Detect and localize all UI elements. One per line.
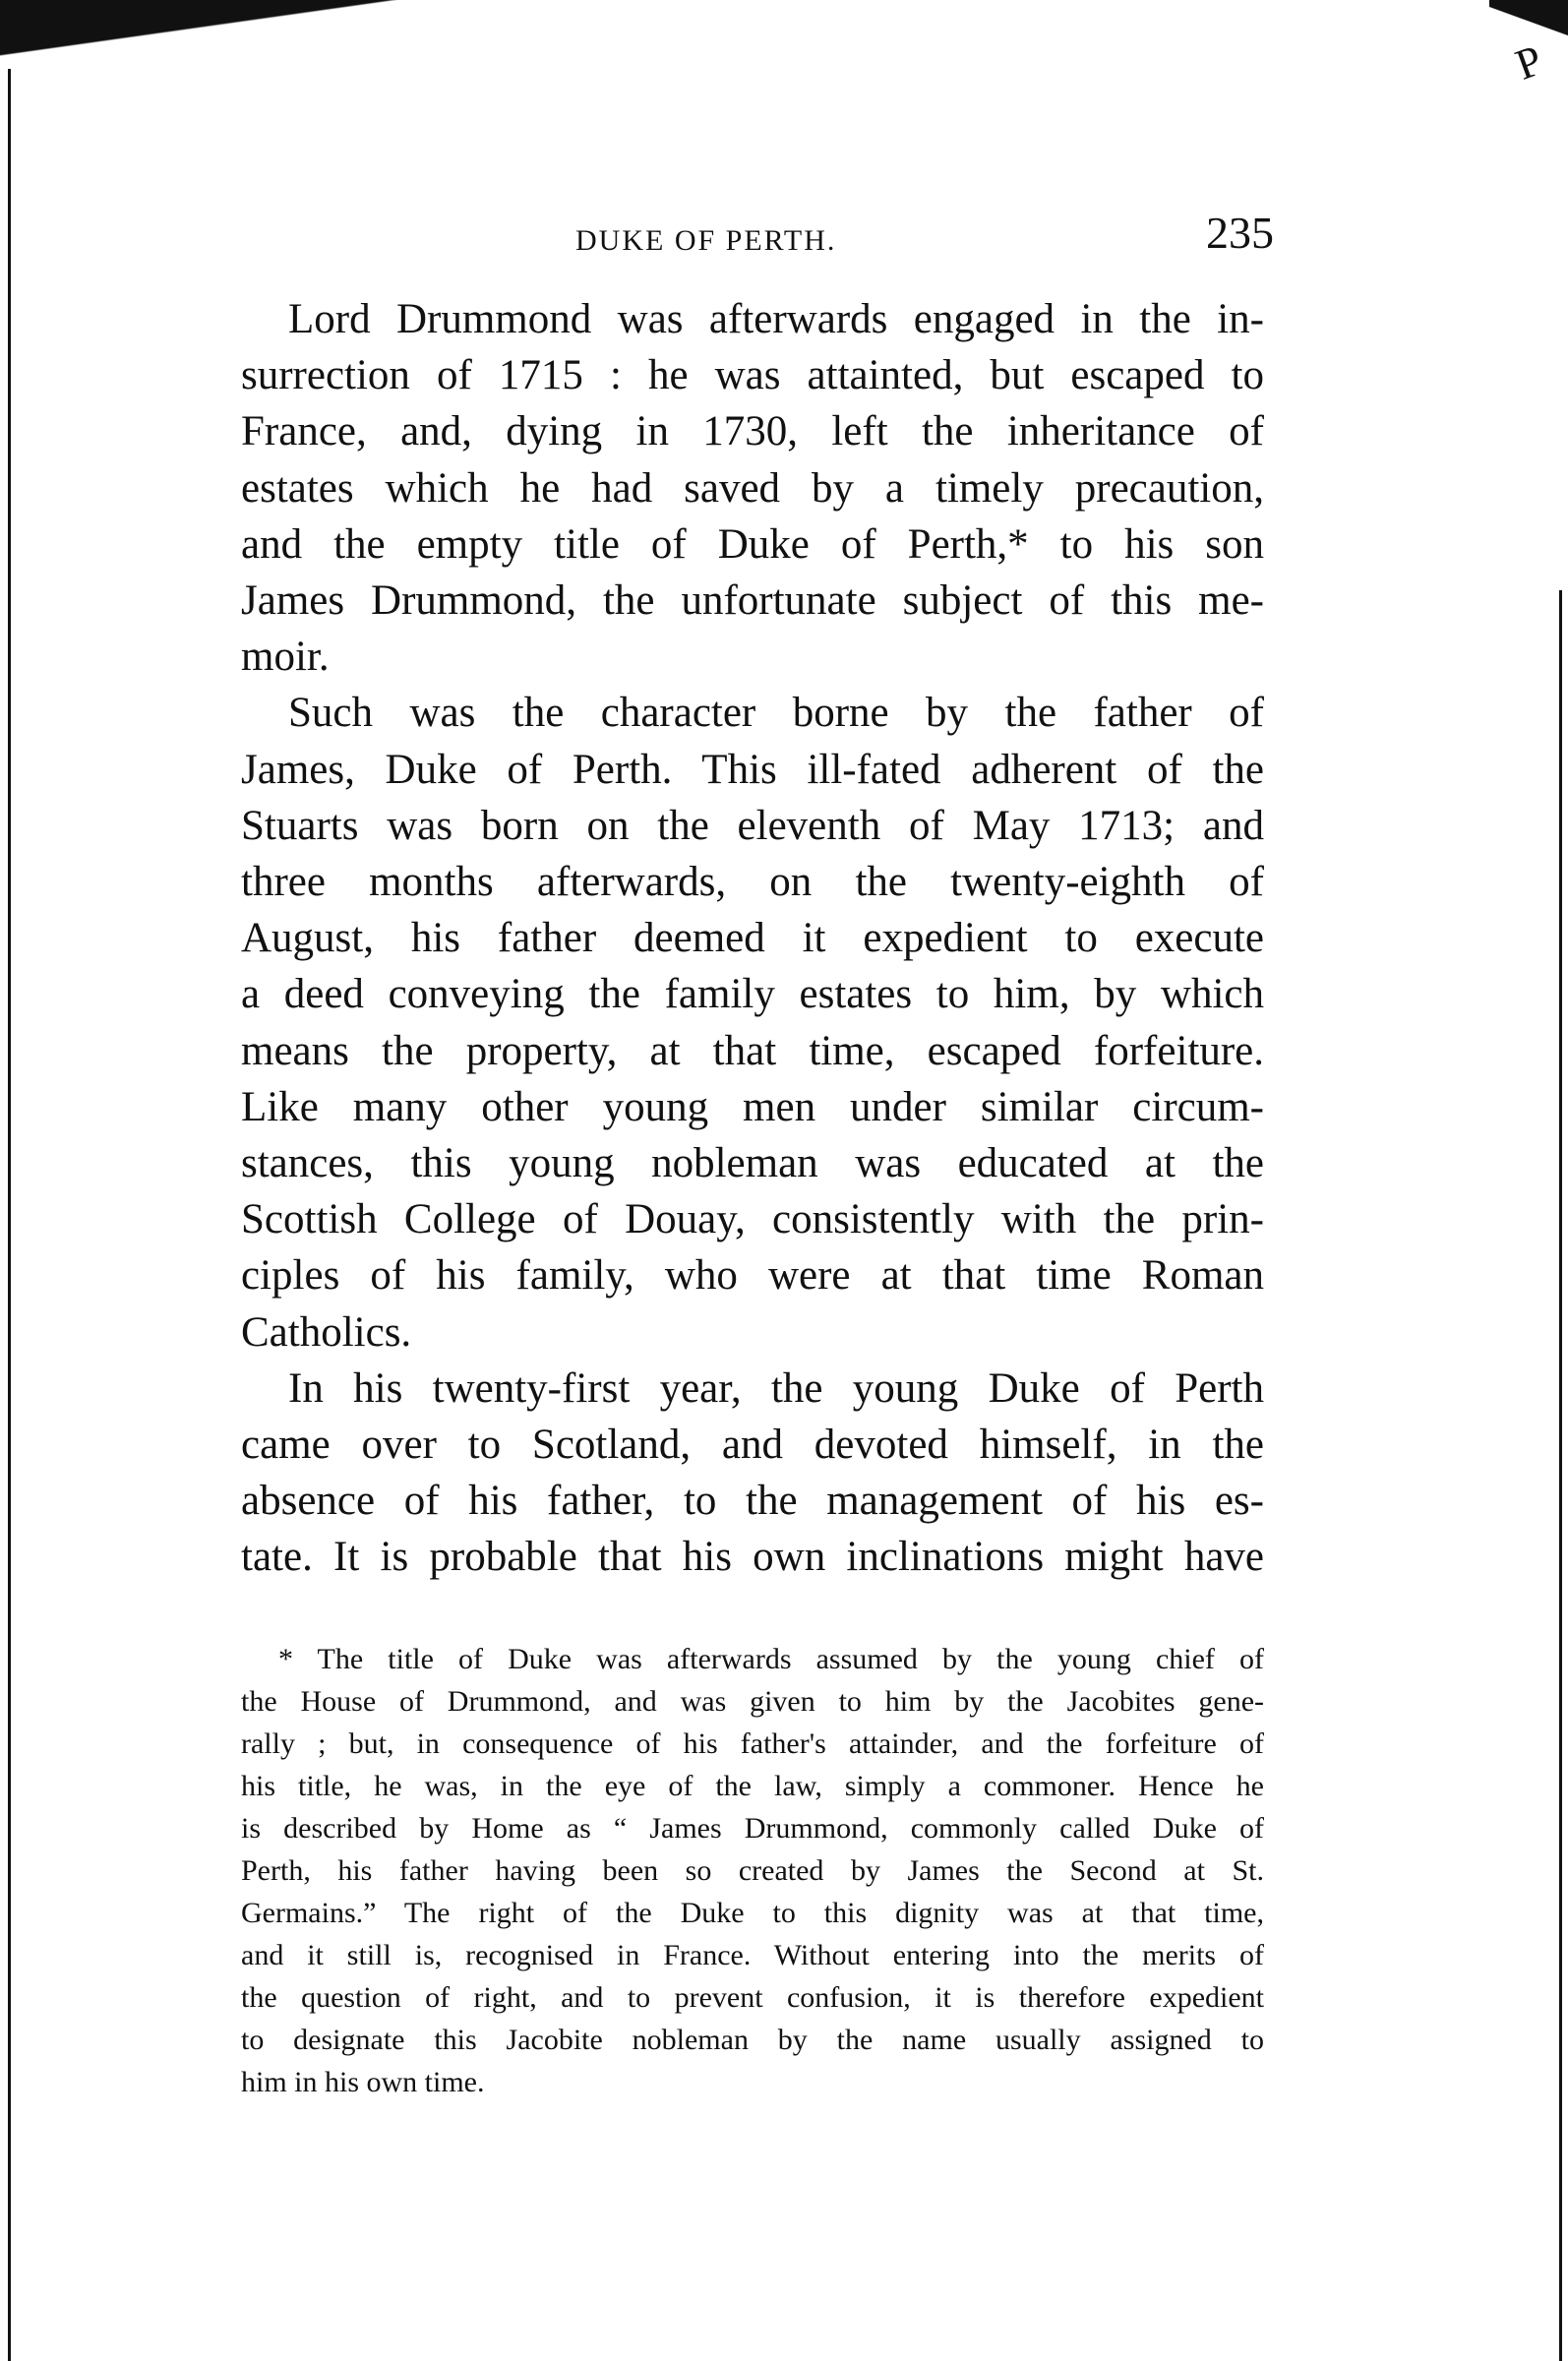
text-line: a deed conveying the family estates to h…	[241, 966, 1264, 1022]
text-line: Lord Drummond was afterwards engaged in …	[241, 291, 1264, 347]
footnote-line: to designate this Jacobite nobleman by t…	[241, 2019, 1264, 2061]
text-line: Scottish College of Douay, consistently …	[241, 1191, 1264, 1247]
page-number: 235	[1206, 207, 1274, 259]
footnote-line: the House of Drummond, and was given to …	[241, 1680, 1264, 1723]
text-line: surrection of 1715 : he was attainted, b…	[241, 347, 1264, 403]
text-line: August, his father deemed it expedient t…	[241, 910, 1264, 966]
text-line: moir.	[241, 629, 1264, 685]
footnote-line: Perth, his father having been so created…	[241, 1849, 1264, 1892]
footnote-line: the question of right, and to prevent co…	[241, 1976, 1264, 2019]
footnote-line: his title, he was, in the eye of the law…	[241, 1765, 1264, 1807]
page-header: DUKE OF PERTH. 235	[241, 207, 1274, 266]
footnote-line: Germains.” The right of the Duke to this…	[241, 1892, 1264, 1934]
text-line: absence of his father, to the management…	[241, 1473, 1264, 1529]
page-edge-right	[1559, 590, 1562, 2361]
text-line: came over to Scotland, and devoted himse…	[241, 1417, 1264, 1473]
text-line: stances, this young nobleman was educate…	[241, 1135, 1264, 1191]
text-line: three months afterwards, on the twenty-e…	[241, 854, 1264, 910]
text-line: James Drummond, the unfortunate subject …	[241, 573, 1264, 629]
footnote-line: is described by Home as “ James Drummond…	[241, 1807, 1264, 1849]
text-line: tate. It is probable that his own inclin…	[241, 1529, 1264, 1585]
text-line: and the empty title of Duke of Perth,* t…	[241, 516, 1264, 573]
paragraph-2: Such was the character borne by the fath…	[241, 685, 1264, 1360]
scan-shadow-top-left	[0, 0, 551, 79]
page-edge-left	[8, 69, 11, 2361]
text-line: In his twenty-first year, the young Duke…	[241, 1361, 1264, 1417]
text-line: estates which he had saved by a timely p…	[241, 460, 1264, 516]
text-line: Catholics.	[241, 1304, 1264, 1361]
footnote-line: and it still is, recognised in France. W…	[241, 1934, 1264, 1976]
text-line: ciples of his family, who were at that t…	[241, 1247, 1264, 1303]
paragraph-1: Lord Drummond was afterwards engaged in …	[241, 291, 1264, 685]
running-title: DUKE OF PERTH.	[575, 224, 836, 258]
text-line: Such was the character borne by the fath…	[241, 685, 1264, 741]
text-line: James, Duke of Perth. This ill-fated adh…	[241, 742, 1264, 798]
body-text: Lord Drummond was afterwards engaged in …	[241, 291, 1264, 1586]
text-line: Like many other young men under similar …	[241, 1079, 1264, 1135]
text-line: means the property, at that time, escape…	[241, 1023, 1264, 1079]
footnote: * The title of Duke was afterwards assum…	[241, 1638, 1264, 2103]
footnote-line: rally ; but, in consequence of his fathe…	[241, 1723, 1264, 1765]
footnote-line: * The title of Duke was afterwards assum…	[241, 1638, 1264, 1680]
text-line: France, and, dying in 1730, left the inh…	[241, 403, 1264, 459]
footnote-line: him in his own time.	[241, 2061, 1264, 2103]
text-line: Stuarts was born on the eleventh of May …	[241, 798, 1264, 854]
paragraph-3: In his twenty-first year, the young Duke…	[241, 1361, 1264, 1586]
